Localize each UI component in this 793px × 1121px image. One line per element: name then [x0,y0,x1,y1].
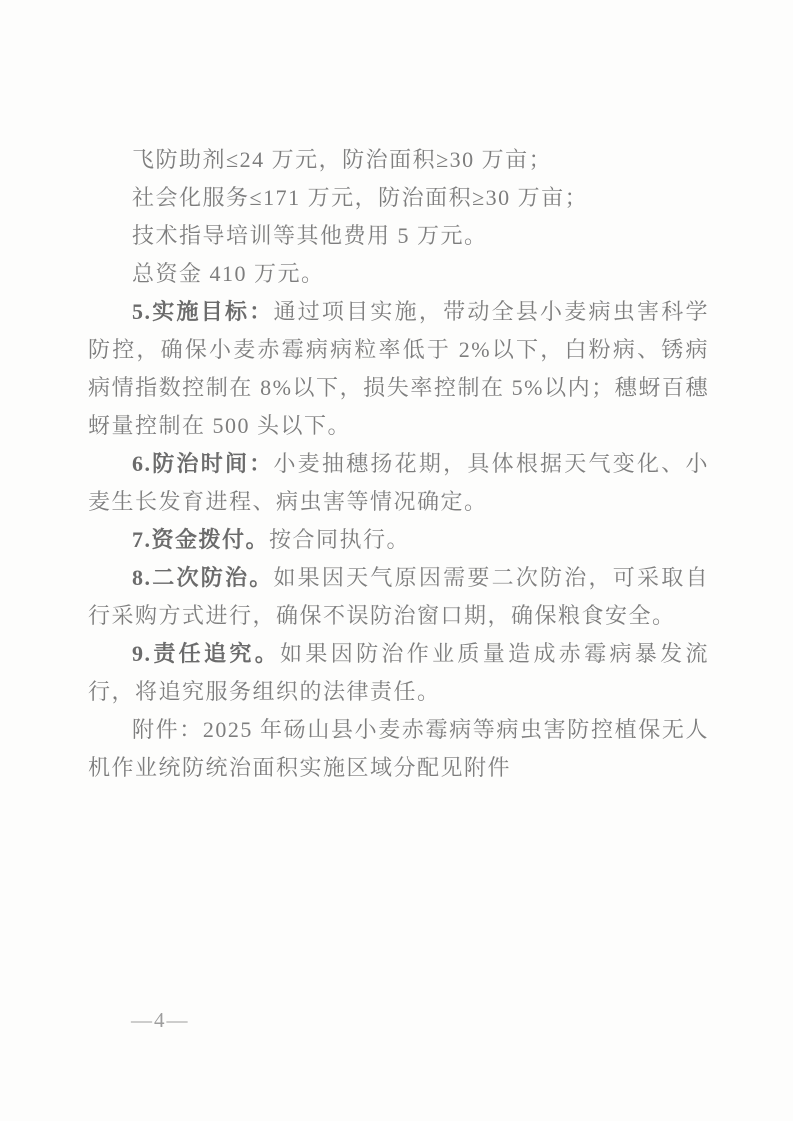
paragraph-label: 5.实施目标： [132,299,273,324]
paragraph-control-time: 6.防治时间：小麦抽穗扬花期，具体根据天气变化、小麦生长发育进程、病虫害等情况确… [88,445,709,521]
paragraph-text: 按合同执行。 [269,527,410,552]
paragraph-text: 总资金 410 万元。 [132,261,325,286]
paragraph: 总资金 410 万元。 [88,255,709,293]
paragraph: 社会化服务≤171 万元，防治面积≥30 万亩； [88,179,709,217]
paragraph-label: 7.资金拨付。 [132,527,269,552]
document-body: 飞防助剂≤24 万元，防治面积≥30 万亩； 社会化服务≤171 万元，防治面积… [88,141,709,787]
paragraph-implementation-goal: 5.实施目标：通过项目实施，带动全县小麦病虫害科学防控，确保小麦赤霉病病粒率低于… [88,293,709,445]
paragraph-label: 8.二次防治。 [132,565,273,590]
paragraph-attachment: 附件：2025 年砀山县小麦赤霉病等病虫害防控植保无人机作业统防统治面积实施区域… [88,711,709,787]
paragraph-text: 技术指导培训等其他费用 5 万元。 [132,223,488,248]
paragraph-label: 6.防治时间： [132,451,273,476]
paragraph-text: 社会化服务≤171 万元，防治面积≥30 万亩； [132,185,588,210]
paragraph: 技术指导培训等其他费用 5 万元。 [88,217,709,255]
paragraph-label: 9.责任追究。 [132,641,280,666]
paragraph: 飞防助剂≤24 万元，防治面积≥30 万亩； [88,141,709,179]
paragraph-text: 附件：2025 年砀山县小麦赤霉病等病虫害防控植保无人机作业统防统治面积实施区域… [88,717,709,780]
paragraph-accountability: 9.责任追究。如果因防治作业质量造成赤霉病暴发流行，将追究服务组织的法律责任。 [88,635,709,711]
page-number: —4— [131,1008,190,1033]
paragraph-text: 飞防助剂≤24 万元，防治面积≥30 万亩； [132,147,552,172]
document-page: 飞防助剂≤24 万元，防治面积≥30 万亩； 社会化服务≤171 万元，防治面积… [0,0,793,1121]
paragraph-fund-payment: 7.资金拨付。按合同执行。 [88,521,709,559]
paragraph-second-control: 8.二次防治。如果因天气原因需要二次防治，可采取自行采购方式进行，确保不误防治窗… [88,559,709,635]
